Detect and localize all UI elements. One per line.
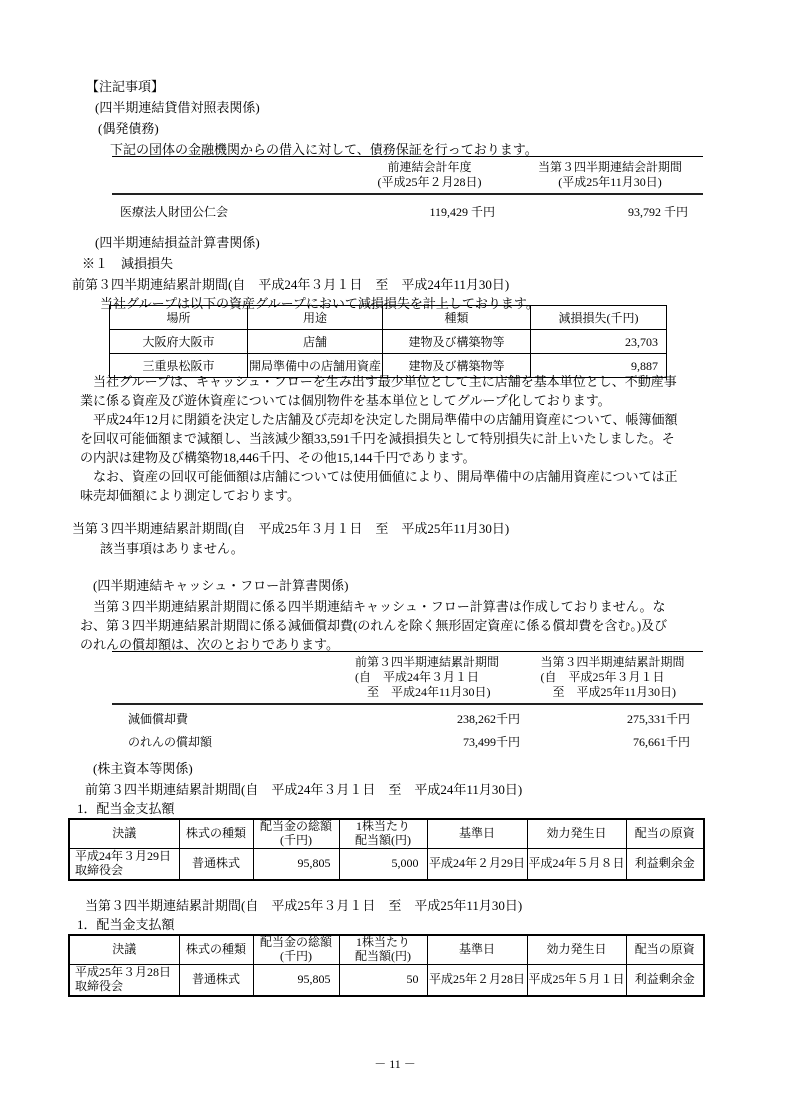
dividend-cur-effective-date: 平成25年５月１日: [527, 964, 626, 996]
impairment-row1-use: 店舗: [248, 330, 383, 354]
paragraph-line: お、第３四半期連結累計期間に係る減価償却費(のれんを除く無形固定資産に係る償却費…: [80, 616, 728, 635]
dividend-prev-effective-date: 平成24年５月８日: [527, 848, 626, 880]
cashflow-header-prev-line2: (自 平成24年３月１日: [355, 670, 499, 685]
dividend-header-record-date: 基準日: [427, 819, 527, 848]
dividend-cur-record-date: 平成25年２月28日: [427, 964, 527, 996]
cashflow-row1-label: 減価償却費: [112, 712, 332, 727]
cashflow-header-cur-line1: 当第３四半期連結累計期間: [540, 655, 684, 670]
bs-section-heading: (四半期連結貸借対照表関係): [95, 100, 260, 115]
impairment-header-location: 場所: [110, 306, 248, 330]
guarantee-table: 前連結会計年度 (平成25年２月28日) 当第３四半期連結会計期間 (平成25年…: [112, 156, 703, 225]
page-number: － 11 －: [0, 1057, 790, 1072]
guarantee-header-prev: 前連結会計年度 (平成25年２月28日): [342, 160, 517, 190]
dividend-header-total: 配当金の総額 (千円): [253, 819, 339, 848]
page-title: 【注記事項】: [86, 79, 164, 94]
cf-paragraph: 当第３四半期連結累計期間に係る四半期連結キャッシュ・フロー計算書は作成しておりま…: [80, 597, 728, 654]
cashflow-row1-cur-value: 275,331千円: [522, 712, 703, 727]
impairment-row1-amount: 23,703: [531, 330, 667, 354]
cashflow-header-cur-line3: 至 平成25年11月30日): [540, 685, 684, 700]
cashflow-row2-label: のれんの償却額: [112, 735, 332, 750]
dividend-header-record-date: 基準日: [427, 935, 527, 964]
dividend-cur-stock-type: 普通株式: [179, 964, 253, 996]
impairment-paragraph: 当社グループは、キャッシュ・フローを生み出す最少単位として主に店舗を基本単位とし…: [80, 372, 728, 505]
impairment-cur-period: 当第３四半期連結累計期間(自 平成25年３月１日 至 平成25年11月30日): [72, 521, 509, 536]
dividend-prev-source: 利益剰余金: [626, 848, 704, 880]
dividend-header-resolution: 決議: [69, 819, 179, 848]
dividend-cur-source: 利益剰余金: [626, 964, 704, 996]
impairment-header-row: 場所 用途 種類 減損損失(千円): [110, 306, 667, 330]
dividend-cur-header-row: 決議 株式の種類 配当金の総額 (千円) 1株当たり 配当額(円) 基準日 効力…: [69, 935, 704, 964]
equity-prev-item: 1．配当金支払額: [77, 801, 175, 816]
dividend-header-per-share: 1株当たり 配当額(円): [339, 819, 427, 848]
pl-section-heading: (四半期連結損益計算書関係): [95, 235, 260, 250]
guarantee-lead-text: 下記の団体の金融機関からの借入に対して、債務保証を行っております。: [110, 142, 538, 157]
cashflow-row2-prev-value: 73,499千円: [332, 735, 522, 750]
dividend-header-source: 配当の原資: [626, 819, 704, 848]
guarantee-row-cur-value: 93,792 千円: [517, 205, 703, 220]
equity-section-heading: (株主資本等関係): [93, 761, 193, 776]
cashflow-row1-prev-value: 238,262千円: [332, 712, 522, 727]
dividend-prev-data-row: 平成24年３月29日 取締役会 普通株式 95,805 5,000 平成24年２…: [69, 848, 704, 880]
dividend-header-stock-type: 株式の種類: [179, 935, 253, 964]
paragraph-line: 味売却価額により測定しております。: [80, 486, 728, 505]
guarantee-table-row: 医療法人財団公仁会 119,429 千円 93,792 千円: [112, 199, 703, 225]
cashflow-header-empty: [112, 655, 332, 700]
paragraph-line: 平成24年12月に閉鎖を決定した店舗及び売却を決定した開局準備中の店舗用資産につ…: [80, 410, 728, 429]
guarantee-header-cur: 当第３四半期連結会計期間 (平成25年11月30日): [517, 160, 703, 190]
dividend-header-source: 配当の原資: [626, 935, 704, 964]
impairment-header-use: 用途: [248, 306, 383, 330]
guarantee-row-prev-value: 119,429 千円: [342, 205, 517, 220]
dividend-table-cur: 決議 株式の種類 配当金の総額 (千円) 1株当たり 配当額(円) 基準日 効力…: [68, 934, 705, 997]
impairment-row-osaka: 大阪府大阪市 店舗 建物及び構築物等 23,703: [110, 330, 667, 354]
cashflow-header-prev: 前第３四半期連結累計期間 (自 平成24年３月１日 至 平成24年11月30日): [332, 655, 522, 700]
paragraph-line: の内訳は建物及び構築物18,446千円、その他15,144千円であります。: [80, 448, 728, 467]
dividend-cur-total: 95,805: [253, 964, 339, 996]
dividend-cur-per-share: 50: [339, 964, 427, 996]
guarantee-header-cur-line1: 当第３四半期連結会計期間: [517, 160, 703, 175]
paragraph-line: を回収可能価額まで減額し、当該減少額33,591千円を減損損失として特別損失に計…: [80, 429, 728, 448]
dividend-cur-resolution: 平成25年３月28日 取締役会: [69, 964, 179, 996]
impairment-prev-period: 前第３四半期連結累計期間(自 平成24年３月１日 至 平成24年11月30日): [72, 277, 509, 292]
cashflow-header-prev-line1: 前第３四半期連結累計期間: [355, 655, 499, 670]
dividend-header-total: 配当金の総額 (千円): [253, 935, 339, 964]
paragraph-line: 当社グループは、キャッシュ・フローを生み出す最少単位として主に店舗を基本単位とし…: [80, 372, 728, 391]
guarantee-header-prev-line2: (平成25年２月28日): [342, 175, 517, 190]
cashflow-row2-cur-value: 76,661千円: [522, 735, 703, 750]
impairment-header-type: 種類: [383, 306, 531, 330]
dividend-prev-header-row: 決議 株式の種類 配当金の総額 (千円) 1株当たり 配当額(円) 基準日 効力…: [69, 819, 704, 848]
guarantee-row-label: 医療法人財団公仁会: [112, 205, 342, 220]
cashflow-row-depreciation: 減価償却費 238,262千円 275,331千円: [112, 708, 703, 731]
guarantee-header-prev-line1: 前連結会計年度: [342, 160, 517, 175]
dividend-prev-stock-type: 普通株式: [179, 848, 253, 880]
guarantee-header-cur-line2: (平成25年11月30日): [517, 175, 703, 190]
dividend-header-effective-date: 効力発生日: [527, 819, 626, 848]
dividend-header-stock-type: 株式の種類: [179, 819, 253, 848]
paragraph-line: なお、資産の回収可能価額は店舗については使用価値により、開局準備中の店舗用資産に…: [80, 467, 728, 486]
impairment-note-heading: ※１ 減損損失: [82, 256, 173, 271]
cashflow-header-prev-line3: 至 平成24年11月30日): [355, 685, 499, 700]
dividend-header-effective-date: 効力発生日: [527, 935, 626, 964]
cashflow-row-goodwill: のれんの償却額 73,499千円 76,661千円: [112, 731, 703, 754]
impairment-header-amount: 減損損失(千円): [531, 306, 667, 330]
cf-section-heading: (四半期連結キャッシュ・フロー計算書関係): [93, 578, 348, 593]
paragraph-line: 当第３四半期連結累計期間に係る四半期連結キャッシュ・フロー計算書は作成しておりま…: [80, 597, 728, 616]
dividend-prev-resolution: 平成24年３月29日 取締役会: [69, 848, 179, 880]
dividend-prev-total: 95,805: [253, 848, 339, 880]
dividend-header-per-share: 1株当たり 配当額(円): [339, 935, 427, 964]
impairment-table: 場所 用途 種類 減損損失(千円) 大阪府大阪市 店舗 建物及び構築物等 23,…: [109, 305, 667, 378]
dividend-header-resolution: 決議: [69, 935, 179, 964]
impairment-cur-none-text: 該当事項はありません。: [100, 541, 244, 556]
paragraph-line: 業に係る資産及び遊休資産については個別物件を基本単位としてグループ化しております…: [80, 391, 728, 410]
document-page: 【注記事項】 (四半期連結貸借対照表関係) (偶発債務) 下記の団体の金融機関か…: [0, 0, 790, 1118]
dividend-table-prev: 決議 株式の種類 配当金の総額 (千円) 1株当たり 配当額(円) 基準日 効力…: [68, 818, 705, 881]
dividend-prev-record-date: 平成24年２月29日: [427, 848, 527, 880]
dividend-cur-data-row: 平成25年３月28日 取締役会 普通株式 95,805 50 平成25年２月28…: [69, 964, 704, 996]
guarantee-table-header: 前連結会計年度 (平成25年２月28日) 当第３四半期連結会計期間 (平成25年…: [112, 157, 703, 195]
cashflow-table-header: 前第３四半期連結累計期間 (自 平成24年３月１日 至 平成24年11月30日)…: [112, 652, 703, 705]
impairment-row1-type: 建物及び構築物等: [383, 330, 531, 354]
contingent-liabilities-heading: (偶発債務): [98, 121, 159, 136]
cashflow-table: 前第３四半期連結累計期間 (自 平成24年３月１日 至 平成24年11月30日)…: [112, 651, 703, 754]
equity-prev-period: 前第３四半期連結累計期間(自 平成24年３月１日 至 平成24年11月30日): [85, 782, 522, 797]
cashflow-header-cur: 当第３四半期連結累計期間 (自 平成25年３月１日 至 平成25年11月30日): [522, 655, 703, 700]
impairment-row1-location: 大阪府大阪市: [110, 330, 248, 354]
dividend-prev-per-share: 5,000: [339, 848, 427, 880]
guarantee-header-empty: [112, 160, 342, 190]
cashflow-header-cur-line2: (自 平成25年３月１日: [540, 670, 684, 685]
equity-cur-period: 当第３四半期連結累計期間(自 平成25年３月１日 至 平成25年11月30日): [85, 898, 522, 913]
equity-cur-item: 1．配当金支払額: [77, 917, 175, 932]
